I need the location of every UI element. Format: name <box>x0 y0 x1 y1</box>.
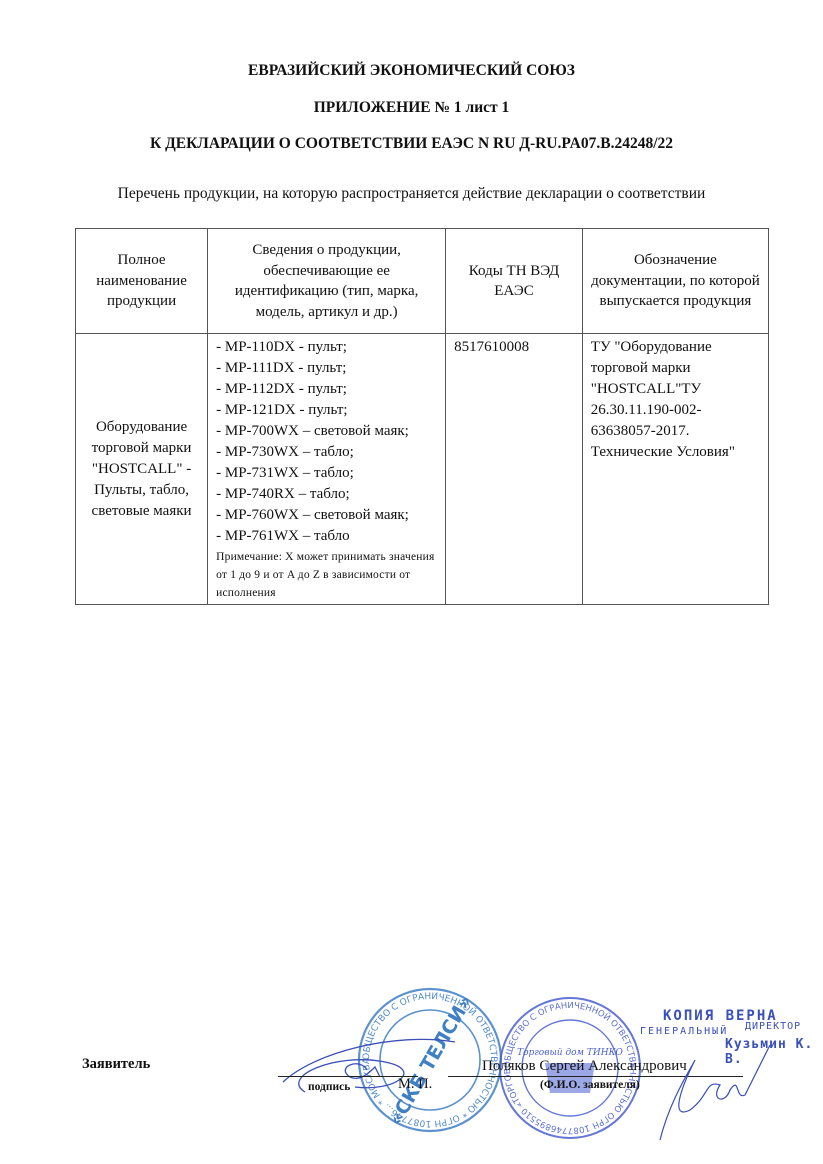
models-note: Примечание: X может принимать значения о… <box>216 548 439 602</box>
products-table: Полное наименование продукции Сведения о… <box>75 228 769 605</box>
tn-ved-code-cell: 8517610008 <box>446 334 583 605</box>
model-item: - MP-121DX - пульт; <box>216 400 439 421</box>
model-item: - MP-110DX - пульт; <box>216 337 439 358</box>
model-item: - MP-112DX - пульт; <box>216 379 439 400</box>
seal2-center-text: Торговый дом ТИНКО <box>517 1048 623 1058</box>
applicant-label: Заявитель <box>82 1056 150 1073</box>
column-header-identification: Сведения о продукции, обеспечивающие ее … <box>208 229 446 334</box>
signature-line <box>278 1076 418 1077</box>
declaration-number-title: К ДЕКЛАРАЦИИ О СООТВЕТСТВИИ ЕАЭС N RU Д-… <box>0 135 823 153</box>
model-item: - MP-761WX – табло <box>216 526 439 547</box>
column-header-product-name: Полное наименование продукции <box>76 229 208 334</box>
column-header-documentation: Обозначение документации, по которой вып… <box>582 229 768 334</box>
model-item: - MP-700WX – световой маяк; <box>216 421 439 442</box>
certified-title-director: ДИРЕКТОР <box>745 1021 801 1032</box>
product-list-intro: Перечень продукции, на которую распростр… <box>0 185 823 203</box>
model-item: - MP-730WX – табло; <box>216 442 439 463</box>
applicant-signature-icon <box>275 1022 465 1102</box>
signature-caption: подпись <box>308 1081 350 1093</box>
model-item: - MP-731WX – табло; <box>216 463 439 484</box>
union-title: ЕВРАЗИЙСКИЙ ЭКОНОМИЧЕСКИЙ СОЮЗ <box>0 62 823 80</box>
column-header-tn-ved-code: Коды ТН ВЭД ЕАЭС <box>446 229 583 334</box>
table-row: Оборудование торговой марки "HOSTCALL" -… <box>76 334 769 605</box>
product-models-cell: - MP-110DX - пульт; - MP-111DX - пульт; … <box>208 334 446 605</box>
seal-caption: М. П. <box>398 1076 432 1093</box>
model-item: - MP-760WX – световой маяк; <box>216 505 439 526</box>
appendix-title: ПРИЛОЖЕНИЕ № 1 лист 1 <box>0 99 823 117</box>
director-signature-icon <box>650 1040 780 1150</box>
product-name-cell: Оборудование торговой марки "HOSTCALL" -… <box>76 334 208 605</box>
name-caption: (Ф.И.О. заявителя) <box>540 1079 640 1091</box>
model-item: - MP-111DX - пульт; <box>216 358 439 379</box>
model-item: - MP-740RX – табло; <box>216 484 439 505</box>
table-header-row: Полное наименование продукции Сведения о… <box>76 229 769 334</box>
certified-title-general: ГЕНЕРАЛЬНЫЙ <box>640 1026 728 1037</box>
documentation-cell: ТУ "Оборудование торговой марки "HOSTCAL… <box>582 334 768 605</box>
